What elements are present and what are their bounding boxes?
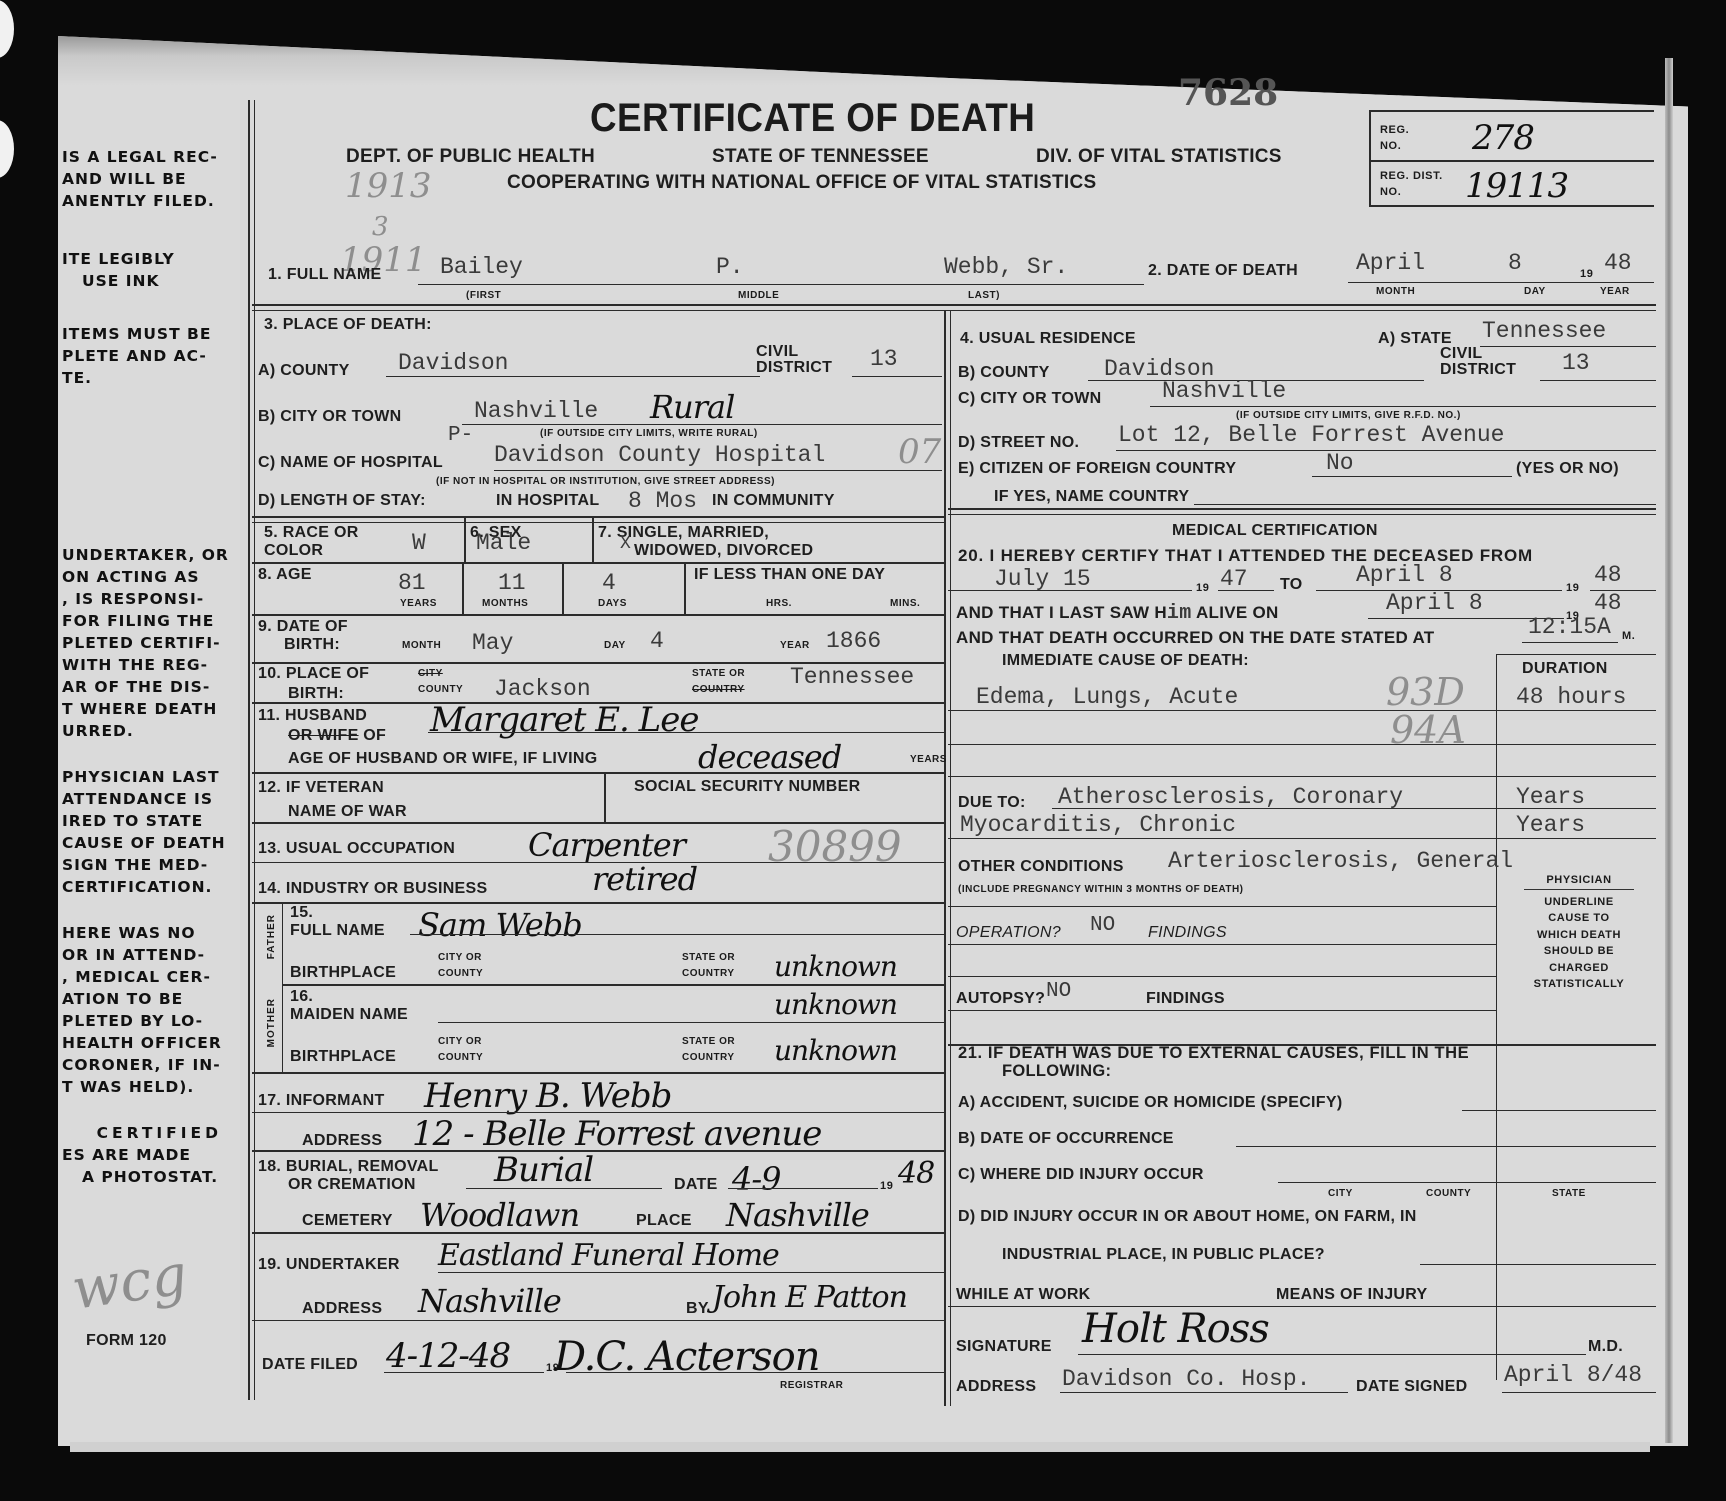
birthplace-label: 10. PLACE OF BIRTH: bbox=[258, 664, 369, 704]
spouse-age-label: AGE OF HUSBAND OR WIFE, IF LIVING bbox=[288, 750, 597, 768]
sublabel-city-county: CITY OR COUNTY bbox=[438, 1034, 494, 1066]
undertaker-address[interactable]: Nashville bbox=[418, 1282, 561, 1320]
century-prefix: 19 bbox=[880, 1180, 893, 1192]
date-filed-value[interactable]: 4-12-48 bbox=[386, 1336, 510, 1376]
hospital-note: (IF NOT IN HOSPITAL OR INSTITUTION, GIVE… bbox=[436, 476, 775, 487]
center-divider bbox=[944, 310, 951, 1406]
last-name-value[interactable]: Webb, Sr. bbox=[944, 254, 1068, 280]
autopsy-findings-label: FINDINGS bbox=[1146, 990, 1225, 1008]
sex-value[interactable]: Male bbox=[476, 530, 531, 556]
immediate-duration[interactable]: 48 hours bbox=[1516, 684, 1626, 710]
underlying-sheet-edge bbox=[70, 1442, 1650, 1452]
sublabel-county: COUNTY bbox=[1426, 1188, 1471, 1199]
ssn-label: SOCIAL SECURITY NUMBER bbox=[634, 778, 860, 796]
note-physician: PHYSICIAN LAST ATTENDANCE IS IRED TO STA… bbox=[62, 766, 222, 898]
duration-column-rule bbox=[1496, 654, 1497, 1380]
other-conditions[interactable]: Arteriosclerosis, General bbox=[1168, 848, 1513, 874]
sublabel-month: MONTH bbox=[1376, 286, 1415, 297]
note-no-doctor: HERE WAS NO OR IN ATTEND- , MEDICAL CER-… bbox=[62, 922, 222, 1098]
row-divider bbox=[252, 516, 944, 523]
father-birthplace-label: BIRTHPLACE bbox=[290, 964, 396, 982]
mother-birth-state[interactable]: unknown bbox=[774, 1034, 897, 1067]
res-city[interactable]: Nashville bbox=[1162, 378, 1286, 404]
date-filed-label: DATE FILED bbox=[262, 1356, 358, 1374]
duration-label: DURATION bbox=[1522, 660, 1608, 678]
mother-side-label: MOTHER bbox=[266, 998, 277, 1047]
note-legal-record: IS A LEGAL REC- AND WILL BE ANENTLY FILE… bbox=[62, 146, 222, 212]
dept-label: DEPT. OF PUBLIC HEALTH bbox=[346, 146, 595, 168]
century-prefix: 19 bbox=[1566, 582, 1579, 594]
middle-name-value[interactable]: P. bbox=[716, 254, 744, 280]
age-label: 8. AGE bbox=[258, 566, 312, 584]
first-name-value[interactable]: Bailey bbox=[440, 254, 523, 280]
page-title: CERTIFICATE OF DEATH bbox=[590, 96, 1035, 141]
last-saw-label: AND THAT I LAST SAW Him ALIVE ON bbox=[956, 602, 1279, 625]
informant-address-label: ADDRESS bbox=[302, 1132, 382, 1150]
reg-dist-value: 19113 bbox=[1465, 166, 1568, 206]
death-district[interactable]: 13 bbox=[870, 346, 898, 372]
informant-name[interactable]: Henry B. Webb bbox=[424, 1076, 671, 1116]
registrar-label: REGISTRAR bbox=[780, 1380, 843, 1391]
century-prefix: 19 bbox=[1580, 268, 1593, 280]
foreign-citizen-value[interactable]: No bbox=[1326, 450, 1354, 476]
res-street-label: D) STREET NO. bbox=[958, 434, 1079, 452]
due-to-cause-2[interactable]: Myocarditis, Chronic bbox=[960, 812, 1236, 838]
burial-date[interactable]: 4-9 bbox=[732, 1160, 781, 1198]
birth-state[interactable]: Tennessee bbox=[790, 664, 914, 690]
sublabel-birth-day: DAY bbox=[604, 640, 626, 651]
mother-name[interactable]: unknown bbox=[774, 988, 897, 1021]
operation-findings-label: FINDINGS bbox=[1148, 924, 1227, 942]
reg-no-label: REG. NO. bbox=[1380, 122, 1420, 154]
length-of-stay-label: D) LENGTH OF STAY: bbox=[258, 492, 426, 510]
place-value[interactable]: Nashville bbox=[726, 1196, 869, 1234]
pencil-note: 3 bbox=[372, 212, 389, 242]
cause-code: 94A bbox=[1390, 708, 1466, 752]
spouse-age-value[interactable]: deceased bbox=[698, 738, 841, 776]
father-name-label: 15. FULL NAME bbox=[290, 904, 385, 940]
age-years[interactable]: 81 bbox=[398, 570, 426, 596]
res-city-label: C) CITY OR TOWN bbox=[958, 390, 1101, 408]
hospital-name[interactable]: Davidson County Hospital bbox=[494, 442, 825, 468]
sublabel-state: STATE bbox=[1552, 1188, 1586, 1199]
section-divider bbox=[252, 304, 1656, 311]
operation-label: OPERATION? bbox=[956, 924, 1061, 942]
marital-mark[interactable]: X bbox=[620, 534, 631, 554]
hospital-prefix: P- bbox=[448, 424, 473, 447]
century-prefix: 19 bbox=[1196, 582, 1209, 594]
physician-address[interactable]: Davidson Co. Hosp. bbox=[1062, 1366, 1310, 1392]
note-write-legibly: ITE LEGIBLY USE INK bbox=[62, 248, 222, 292]
md-label: M.D. bbox=[1588, 1338, 1623, 1356]
mother-birthplace-label: BIRTHPLACE bbox=[290, 1048, 396, 1066]
hospital-code: 07 bbox=[898, 432, 941, 472]
in-hospital-value[interactable]: 8 Mos bbox=[628, 488, 697, 514]
attended-from[interactable]: July 15 bbox=[994, 566, 1091, 592]
note-undertaker: UNDERTAKER, OR ON ACTING AS , IS RESPONS… bbox=[62, 544, 222, 742]
place-of-death-label: 3. PLACE OF DEATH: bbox=[264, 316, 432, 334]
sublabel-middle: MIDDLE bbox=[738, 290, 779, 301]
physician-signature: Holt Ross bbox=[1082, 1306, 1269, 1352]
state-label: STATE OF TENNESSEE bbox=[712, 146, 929, 168]
occurrence-date-label: B) DATE OF OCCURRENCE bbox=[958, 1130, 1174, 1148]
undertaker-value[interactable]: Eastland Funeral Home bbox=[438, 1238, 779, 1273]
injury-location-label: D) DID INJURY OCCUR IN OR ABOUT HOME, ON… bbox=[958, 1208, 1417, 1226]
cemetery-value[interactable]: Woodlawn bbox=[420, 1196, 579, 1234]
death-time-label: AND THAT DEATH OCCURRED ON THE DATE STAT… bbox=[956, 628, 1434, 648]
age-months[interactable]: 11 bbox=[498, 570, 526, 596]
immediate-cause-label: IMMEDIATE CAUSE OF DEATH: bbox=[1002, 652, 1249, 670]
means-of-injury-label: MEANS OF INJURY bbox=[1276, 1286, 1427, 1304]
sublabel-mins: MINS. bbox=[890, 598, 920, 609]
death-city-rural[interactable]: Rural bbox=[650, 388, 734, 426]
due-to-duration-1[interactable]: Years bbox=[1516, 784, 1585, 810]
sublabel-day: DAY bbox=[1524, 286, 1546, 297]
sublabel-state-or: STATE OR bbox=[692, 668, 745, 679]
immediate-cause[interactable]: Edema, Lungs, Acute bbox=[976, 684, 1238, 710]
binder-hole bbox=[0, 0, 14, 58]
undertaker-address-label: ADDRESS bbox=[302, 1300, 382, 1318]
foreign-citizen-label: E) CITIZEN OF FOREIGN COUNTRY bbox=[958, 460, 1236, 478]
date-signed-value[interactable]: April 8/48 bbox=[1504, 1362, 1642, 1388]
note-certified-copies: CERTIFIED ES ARE MADE A PHOTOSTAT. bbox=[62, 1122, 222, 1188]
left-frame-rule bbox=[248, 100, 255, 1400]
registrar-signature: D.C. Acterson bbox=[554, 1334, 820, 1380]
struck-city-label: CITY bbox=[418, 668, 443, 679]
physician-note: PHYSICIAN UNDERLINE CAUSE TO WHICH DEATH… bbox=[1504, 872, 1654, 993]
section-divider bbox=[948, 508, 1656, 515]
res-street[interactable]: Lot 12, Belle Forrest Avenue bbox=[1118, 422, 1504, 448]
reg-no-value: 278 bbox=[1472, 118, 1534, 158]
due-to-cause-1[interactable]: Atherosclerosis, Coronary bbox=[1058, 784, 1403, 810]
sublabel-year: YEAR bbox=[1600, 286, 1630, 297]
res-district-label: CIVIL DISTRICT bbox=[1440, 346, 1516, 378]
informant-address[interactable]: 12 - Belle Forrest avenue bbox=[412, 1114, 821, 1154]
sublabel-years: YEARS bbox=[910, 754, 947, 765]
binder-hole bbox=[0, 120, 14, 178]
injury-location-label-2: INDUSTRIAL PLACE, IN PUBLIC PLACE? bbox=[1002, 1246, 1325, 1264]
sublabel-county: COUNTY bbox=[418, 684, 463, 695]
birth-month[interactable]: May bbox=[472, 630, 513, 656]
division-label: DIV. OF VITAL STATISTICS bbox=[1036, 146, 1282, 168]
race-value[interactable]: W bbox=[412, 530, 426, 556]
pencil-note: 1913 bbox=[345, 166, 432, 206]
res-state[interactable]: Tennessee bbox=[1482, 318, 1606, 344]
burial-label: 18. BURIAL, REMOVAL OR CREMATION bbox=[258, 1158, 439, 1194]
cemetery-label: CEMETERY bbox=[302, 1212, 393, 1230]
to-label: TO bbox=[1280, 576, 1303, 594]
undertaker-label: 19. UNDERTAKER bbox=[258, 1256, 400, 1274]
date-signed-label: DATE SIGNED bbox=[1356, 1378, 1467, 1396]
birth-county[interactable]: Jackson bbox=[494, 676, 591, 702]
birth-year[interactable]: 1866 bbox=[826, 628, 881, 654]
operation-value[interactable]: NO bbox=[1090, 914, 1115, 937]
while-at-work-label: WHILE AT WORK bbox=[956, 1286, 1091, 1304]
foreign-country-label: IF YES, NAME COUNTRY bbox=[994, 488, 1189, 506]
last-saw-date[interactable]: April 8 bbox=[1386, 590, 1483, 616]
death-county[interactable]: Davidson bbox=[398, 350, 508, 376]
note-items-complete: ITEMS MUST BE PLETE AND AC- TE. bbox=[62, 323, 222, 389]
industry-label: 14. INDUSTRY OR BUSINESS bbox=[258, 880, 487, 898]
pregnancy-note: (INCLUDE PREGNANCY WITHIN 3 MONTHS OF DE… bbox=[958, 884, 1244, 895]
informant-label: 17. INFORMANT bbox=[258, 1092, 385, 1110]
sublabel-city-county: CITY OR COUNTY bbox=[438, 950, 494, 982]
sublabel-months: MONTHS bbox=[482, 598, 528, 609]
time-suffix: M. bbox=[1622, 630, 1635, 642]
autopsy-label: AUTOPSY? bbox=[956, 990, 1045, 1008]
sublabel-birth-month: MONTH bbox=[402, 640, 441, 651]
attended-to[interactable]: April 8 bbox=[1356, 562, 1453, 588]
form-number: FORM 120 bbox=[86, 1332, 167, 1350]
sublabel-years: YEARS bbox=[400, 598, 437, 609]
civil-district-label: CIVIL DISTRICT bbox=[756, 344, 832, 376]
spouse-name[interactable]: Margaret E. Lee bbox=[430, 700, 698, 740]
sublabel-first: (FIRST bbox=[466, 290, 501, 301]
father-side-label: FATHER bbox=[266, 914, 277, 959]
due-to-duration-2[interactable]: Years bbox=[1516, 812, 1585, 838]
marital-options: WIDOWED, DIVORCED bbox=[634, 542, 813, 560]
physician-address-label: ADDRESS bbox=[956, 1378, 1036, 1396]
sublabel-city: CITY bbox=[1328, 1188, 1353, 1199]
burial-date-label: DATE bbox=[674, 1176, 718, 1194]
reg-dist-label: REG. DIST. NO. bbox=[1380, 168, 1450, 200]
age-days[interactable]: 4 bbox=[602, 570, 616, 596]
external-following-label: FOLLOWING: bbox=[1002, 1062, 1111, 1081]
birth-day[interactable]: 4 bbox=[650, 628, 664, 654]
occupation-value[interactable]: Carpenter bbox=[528, 826, 685, 864]
sublabel-state-country: STATE OR COUNTRY bbox=[682, 950, 756, 982]
by-label: BY bbox=[686, 1300, 709, 1318]
sheet-right-edge bbox=[1665, 58, 1673, 1443]
usual-residence-label: 4. USUAL RESIDENCE bbox=[960, 330, 1136, 348]
death-time[interactable]: 12:15A bbox=[1528, 614, 1611, 640]
death-year[interactable]: 48 bbox=[1604, 250, 1632, 276]
last-saw-year[interactable]: 48 bbox=[1594, 590, 1622, 616]
county-label: A) COUNTY bbox=[258, 362, 350, 380]
sublabel-hrs: HRS. bbox=[766, 598, 792, 609]
spouse-label: 11. HUSBAND OR WIFE OF bbox=[258, 706, 386, 746]
sublabel-last: LAST) bbox=[968, 290, 1000, 301]
undertaker-by[interactable]: John E Patton bbox=[712, 1280, 907, 1315]
race-label: 5. RACE OR COLOR bbox=[264, 524, 374, 560]
veteran-label: 12. IF VETERAN NAME OF WAR bbox=[258, 776, 407, 824]
sublabel-state-country: STATE OR COUNTRY bbox=[682, 1034, 756, 1066]
mother-name-label: 16. MAIDEN NAME bbox=[290, 988, 408, 1024]
sublabel-birth-year: YEAR bbox=[780, 640, 810, 651]
due-to-label: DUE TO: bbox=[958, 794, 1026, 812]
death-city[interactable]: Nashville bbox=[474, 398, 598, 424]
city-label: B) CITY OR TOWN bbox=[258, 408, 401, 426]
date-of-death-label: 2. DATE OF DEATH bbox=[1148, 262, 1298, 280]
hospital-label: C) NAME OF HOSPITAL bbox=[258, 454, 443, 472]
other-conditions-label: OTHER CONDITIONS bbox=[958, 858, 1124, 876]
injury-place-label: C) WHERE DID INJURY OCCUR bbox=[958, 1166, 1204, 1184]
father-name[interactable]: Sam Webb bbox=[418, 906, 582, 944]
res-county-label: B) COUNTY bbox=[958, 364, 1050, 382]
external-causes-label: 21. IF DEATH WAS DUE TO EXTERNAL CAUSES,… bbox=[958, 1044, 1469, 1063]
burial-value[interactable]: Burial bbox=[494, 1150, 593, 1190]
city-note: (IF OUTSIDE CITY LIMITS, WRITE RURAL) bbox=[540, 428, 758, 439]
struck-country-label: COUNTRY bbox=[692, 684, 745, 695]
death-day[interactable]: 8 bbox=[1508, 250, 1522, 276]
death-month[interactable]: April bbox=[1356, 250, 1425, 276]
sublabel-days: DAYS bbox=[598, 598, 627, 609]
medical-cert-title: MEDICAL CERTIFICATION bbox=[1172, 522, 1378, 540]
signature-label: SIGNATURE bbox=[956, 1338, 1052, 1356]
burial-year[interactable]: 48 bbox=[898, 1156, 934, 1191]
less-than-day-label: IF LESS THAN ONE DAY bbox=[694, 566, 885, 584]
in-community-label: IN COMMUNITY bbox=[712, 492, 835, 510]
industry-value[interactable]: retired bbox=[592, 860, 697, 898]
attended-from-year[interactable]: 47 bbox=[1220, 566, 1248, 592]
yes-or-no-note: (YES OR NO) bbox=[1516, 460, 1619, 478]
occupation-label: 13. USUAL OCCUPATION bbox=[258, 840, 455, 858]
cooperating-label: COOPERATING WITH NATIONAL OFFICE OF VITA… bbox=[507, 172, 1096, 194]
occupation-code: 30899 bbox=[768, 822, 902, 871]
stamp-number: 7628 bbox=[1178, 72, 1278, 114]
autopsy-value[interactable]: NO bbox=[1046, 980, 1071, 1003]
accident-label: A) ACCIDENT, SUICIDE OR HOMICIDE (SPECIF… bbox=[958, 1094, 1342, 1112]
res-city-note: (IF OUTSIDE CITY LIMITS, GIVE R.F.D. NO.… bbox=[1236, 410, 1461, 421]
birth-date-label: 9. DATE OF BIRTH: bbox=[258, 618, 348, 654]
father-birth-state[interactable]: unknown bbox=[774, 950, 897, 983]
res-district[interactable]: 13 bbox=[1562, 350, 1590, 376]
place-label: PLACE bbox=[636, 1212, 692, 1230]
in-hospital-label: IN HOSPITAL bbox=[496, 492, 599, 510]
full-name-label: 1. FULL NAME bbox=[268, 266, 382, 284]
attended-to-year[interactable]: 48 bbox=[1594, 562, 1622, 588]
